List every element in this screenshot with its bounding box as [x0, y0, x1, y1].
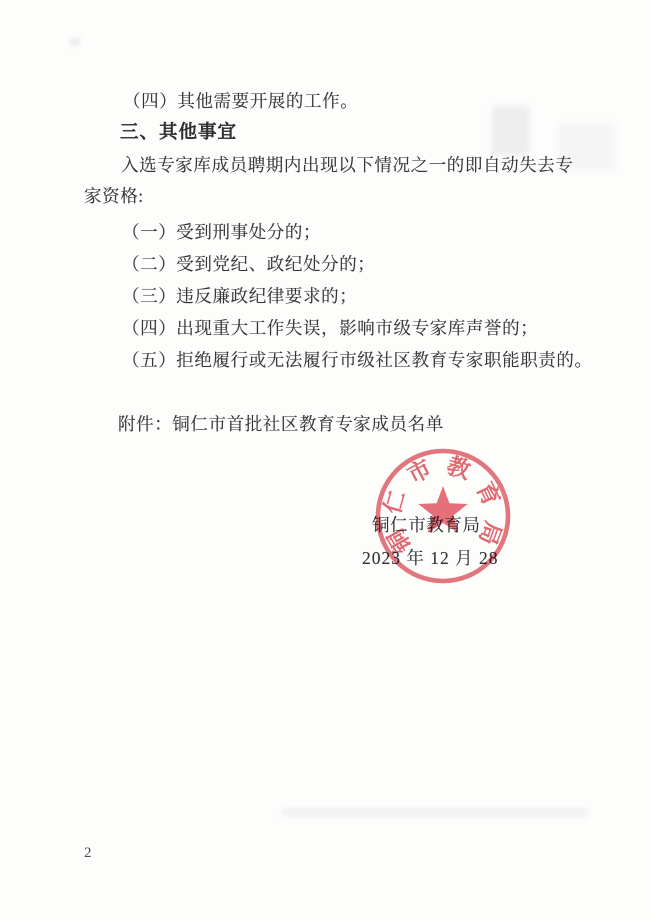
document-page: （四）其他需要开展的工作。 三、其他事宜 入选专家库成员聘期内出现以下情况之一的…	[0, 0, 650, 920]
section-heading: 三、其他事宜	[120, 118, 237, 144]
bleedthrough-mark	[492, 106, 530, 156]
list-item-2: （二）受到党纪、政纪处分的；	[122, 251, 375, 276]
list-item-3: （三）违反廉政纪律要求的；	[122, 283, 357, 308]
scan-speck	[70, 38, 80, 46]
seal-arc-text: 铜仁市教育局	[379, 453, 506, 559]
list-item-4: （四）出现重大工作失误，影响市级专家库声誉的；	[122, 315, 538, 340]
svg-text:教: 教	[444, 453, 475, 484]
bleedthrough-smudge	[282, 808, 587, 817]
paragraph-line-2: 家资格:	[84, 183, 144, 208]
paragraph-prev-section: （四）其他需要开展的工作。	[123, 88, 358, 113]
page-number: 2	[84, 845, 92, 862]
list-item-5: （五）拒绝履行或无法履行市级社区教育专家职能职责的。	[122, 347, 593, 372]
signature-date: 2023 年 12 月 28	[362, 545, 499, 570]
svg-text:育: 育	[472, 478, 505, 510]
attachment-line: 附件：铜仁市首批社区教育专家成员名单	[118, 411, 444, 436]
paragraph-line-1: 入选专家库成员聘期内出现以下情况之一的即自动失去专	[121, 152, 574, 177]
signature-organization: 铜仁市教育局	[372, 512, 481, 537]
list-item-1: （一）受到刑事处分的；	[122, 219, 321, 244]
svg-text:市: 市	[403, 455, 435, 488]
